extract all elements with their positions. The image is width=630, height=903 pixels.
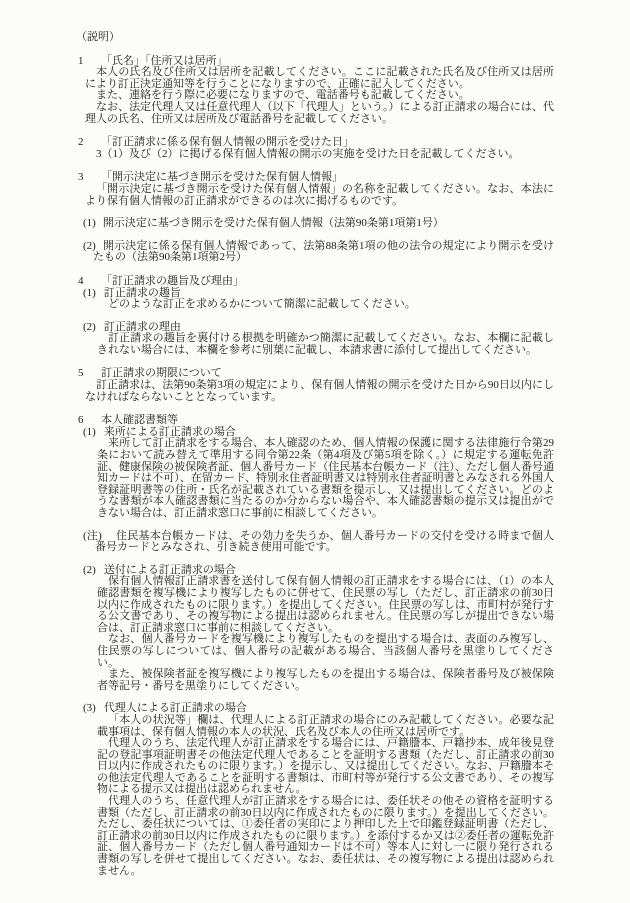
section-4: 4「訂正請求の趣旨及び理由」 (1)訂正請求の趣旨 どのような訂正を求めるかにつ… bbox=[76, 276, 554, 357]
paragraph: 「本人の状況等」欄は、代理人による訂正請求の場合にのみ記載してください。必要な記… bbox=[97, 715, 554, 738]
subsection-label: (1) bbox=[83, 426, 96, 438]
subsection-label: (2) bbox=[83, 321, 96, 333]
note-label: (注) bbox=[83, 530, 102, 542]
paragraph: 保有個人情報訂正請求書を送付して保有個人情報の訂正請求をする場合には、（1）の本… bbox=[97, 576, 554, 634]
subsection-4-2: (2)訂正請求の理由 訂正請求の趣旨を裏付ける根拠を明確かつ簡潔に記載してくださ… bbox=[76, 322, 554, 357]
section-2-heading: 2「訂正請求に係る保有個人情報の開示を受けた日」 bbox=[78, 137, 554, 149]
paragraph: 3（1）及び（2）に掲げる保有個人情報の開示の実施を受けた日を記載してください。 bbox=[85, 149, 554, 161]
note-text: 住民基本台帳カードは、その効力を失うか、個人番号カードの交付を受ける時まで個人番… bbox=[95, 530, 554, 554]
list-item-text: 開示決定に基づき開示を受けた保有個人情報（法第90条第1項第1号） bbox=[103, 217, 444, 229]
section-title: 「訂正請求の趣旨及び理由」 bbox=[101, 275, 244, 287]
section-number: 2 bbox=[78, 137, 101, 149]
section-3: 3「開示決定に基づき開示を受けた保有個人情報」 「開示決定に基づき開示を受けた保… bbox=[76, 172, 554, 264]
subsection-6-2: (2)送付による訂正請求の場合 保有個人情報訂正請求書を送付して保有個人情報の訂… bbox=[76, 565, 554, 693]
section-title: 本人確認書類等 bbox=[101, 414, 178, 426]
subsection-title: 送付による訂正請求の場合 bbox=[104, 564, 236, 576]
section-title: 「開示決定に基づき開示を受けた保有個人情報」 bbox=[101, 171, 343, 183]
document-title: （説明） bbox=[76, 32, 554, 44]
list-item: (2)開示決定に係る保有個人情報であって、法第88条第1項の他の法令の規定により… bbox=[83, 241, 554, 264]
list-item-label: (2) bbox=[83, 240, 96, 252]
section-title: 「訂正請求に係る保有個人情報の開示を受けた日」 bbox=[101, 136, 354, 148]
paragraph: 訂正請求の趣旨を裏付ける根拠を明確かつ簡潔に記載してください。なお、本欄に記載し… bbox=[97, 333, 554, 356]
section-number: 4 bbox=[78, 276, 101, 288]
document-page: （説明） 1「氏名」「住所又は居所」 本人の氏名及び住所又は居所を記載してくださ… bbox=[0, 0, 630, 903]
paragraph: なお、法定代理人又は任意代理人（以下「代理人」という。）による訂正請求の場合には… bbox=[85, 102, 554, 125]
subsection-6-1: (1)来所による訂正請求の場合 来所して訂正請求をする場合、本人確認のため、個人… bbox=[76, 427, 554, 554]
section-6: 6本人確認書類等 (1)来所による訂正請求の場合 来所して訂正請求をする場合、本… bbox=[76, 415, 554, 877]
list-item-text: 開示決定に係る保有個人情報であって、法第88条第1項の他の法令の規定により開示を… bbox=[93, 240, 554, 264]
subsection-4-1: (1)訂正請求の趣旨 どのような訂正を求めるかについて簡潔に記載してください。 bbox=[76, 288, 554, 311]
subsection-label: (3) bbox=[83, 702, 96, 714]
list-item-label: (1) bbox=[83, 217, 96, 229]
paragraph: 来所して訂正請求をする場合、本人確認のため、個人情報の保護に関する法律施行令第2… bbox=[97, 438, 554, 519]
section-title: 訂正請求の期限について bbox=[101, 367, 222, 379]
subsection-6-3: (3)代理人による訂正請求の場合 「本人の状況等」欄は、代理人による訂正請求の場… bbox=[76, 703, 554, 877]
paragraph: 代理人のうち、任意代理人が訂正請求をする場合には、委任状その他その資格を証明する… bbox=[97, 796, 554, 877]
section-title: 「氏名」「住所又は居所」 bbox=[101, 55, 228, 67]
subsection-title: 代理人による訂正請求の場合 bbox=[104, 702, 247, 714]
subsection-label: (1) bbox=[83, 287, 96, 299]
paragraph: 「開示決定に基づき開示を受けた保有個人情報」の名称を記載してください。なお、本法… bbox=[85, 184, 554, 207]
section-1: 1「氏名」「住所又は居所」 本人の氏名及び住所又は居所を記載してください。ここに… bbox=[76, 56, 554, 126]
section-5: 5訂正請求の期限について 訂正請求は、法第90条第3項の規定により、保有個人情報… bbox=[76, 368, 554, 403]
note: (注)住民基本台帳カードは、その効力を失うか、個人番号カードの交付を受ける時まで… bbox=[83, 531, 554, 554]
paragraph: 本人の氏名及び住所又は居所を記載してください。ここに記載された氏名及び住所又は居… bbox=[85, 67, 554, 90]
paragraph: また、被保険者証を複写機により複写したものを提出する場合は、保険者番号及び被保険… bbox=[97, 669, 554, 692]
paragraph: 代理人のうち、法定代理人が訂正請求をする場合には、戸籍謄本、戸籍抄本、成年後見登… bbox=[97, 738, 554, 796]
numbered-list: (1)開示決定に基づき開示を受けた保有個人情報（法第90条第1項第1号） (2)… bbox=[76, 218, 554, 264]
paragraph: どのような訂正を求めるかについて簡潔に記載してください。 bbox=[97, 299, 554, 311]
paragraph: なお、個人番号カードを複写機により複写したものを提出する場合は、表面のみ複写し、… bbox=[97, 634, 554, 669]
subsection-title: 訂正請求の理由 bbox=[104, 321, 181, 333]
subsection-label: (2) bbox=[83, 564, 96, 576]
section-2: 2「訂正請求に係る保有個人情報の開示を受けた日」 3（1）及び（2）に掲げる保有… bbox=[76, 137, 554, 160]
paragraph: 訂正請求は、法第90条第3項の規定により、保有個人情報の開示を受けた日から90日… bbox=[85, 380, 554, 403]
subsection-title: 訂正請求の趣旨 bbox=[104, 287, 181, 299]
list-item: (1)開示決定に基づき開示を受けた保有個人情報（法第90条第1項第1号） bbox=[83, 218, 554, 230]
